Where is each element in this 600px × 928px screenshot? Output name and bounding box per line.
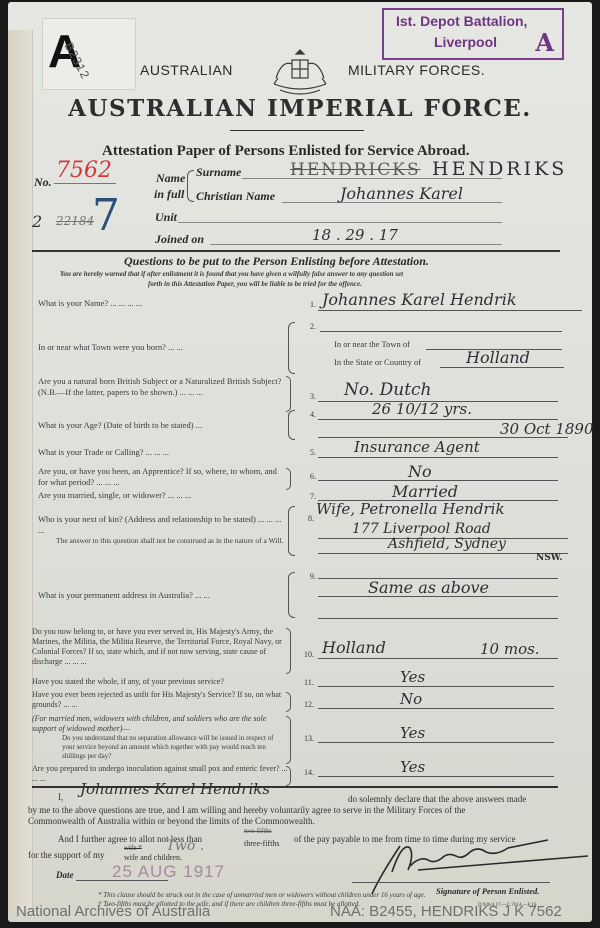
- date-label: Date: [56, 870, 74, 880]
- christian-name-value: Johannes Karel: [340, 184, 463, 203]
- joined-on-label: Joined on: [155, 232, 204, 247]
- unit-label: Unit: [155, 210, 177, 225]
- declaration-prefix: I,: [58, 792, 63, 803]
- answer-5-value: Insurance Agent: [354, 438, 480, 456]
- header-right-text: MILITARY FORCES.: [348, 62, 485, 78]
- answer-4-num: 4.: [310, 410, 316, 419]
- q8-brace: [288, 506, 295, 556]
- joined-on-line: [210, 244, 502, 245]
- declaration-line-3: Commonwealth of Australia within or beyo…: [28, 816, 315, 827]
- questions-title: Questions to be put to the Person Enlist…: [124, 254, 429, 269]
- margin-mark-new: 7: [92, 190, 120, 241]
- reference-watermark: NAA: B2455, HENDRIKS J K 7562: [330, 903, 562, 920]
- signature-label: Signature of Person Enlisted.: [436, 886, 539, 896]
- title-rule: [230, 130, 364, 131]
- answer-9-num: 9.: [310, 572, 316, 581]
- signature-line: [352, 882, 550, 883]
- answer-8-suburb: Ashfield, Sydney: [388, 536, 506, 552]
- q12-brace: [286, 692, 291, 712]
- answer-10-line: [318, 658, 558, 659]
- depot-stamp: Ist. Depot Battalion, Liverpool A: [382, 8, 564, 60]
- declarant-name: Johannes Karel Hendriks: [80, 780, 270, 798]
- answer-3-value: No. Dutch: [344, 380, 432, 400]
- declaration-line-2: by me to the above questions are true, a…: [28, 805, 558, 816]
- answer-10-value: Holland: [322, 638, 386, 657]
- answer-8c-line: [318, 553, 568, 554]
- answer-14-line: [318, 776, 554, 777]
- question-6: Are you, or have you been, an Apprentice…: [38, 466, 288, 488]
- q6-brace: [286, 468, 291, 490]
- coat-of-arms-icon: [266, 48, 334, 98]
- country-label: In the State or Country of: [334, 357, 421, 368]
- binding-strip: [8, 30, 33, 910]
- margin-mark-struck: 22184: [56, 214, 94, 228]
- joined-on-value: 18 . 29 . 17: [312, 226, 398, 244]
- question-11: Have you stated the whole, if any, of yo…: [32, 676, 288, 687]
- question-7: Are you married, single, or widower? ...…: [38, 490, 288, 501]
- header-left-text: AUSTRALIAN: [140, 62, 233, 78]
- answer-8-num: 8.: [308, 514, 314, 523]
- question-10: Do you now belong to, or have you ever s…: [32, 627, 288, 667]
- margin-mark-prefix: 2: [32, 212, 42, 231]
- answer-5-num: 5.: [310, 448, 316, 457]
- answer-12-num: 12.: [304, 700, 314, 709]
- stamp-line-2: Liverpool: [434, 34, 497, 50]
- answer-12-line: [318, 708, 554, 709]
- answer-11-line: [318, 686, 554, 687]
- support-text-a: for the support of my: [28, 850, 105, 861]
- question-8: Who is your next of kin? (Address and re…: [38, 514, 288, 536]
- country-line: [440, 367, 564, 368]
- page-subtitle: Attestation Paper of Persons Enlisted fo…: [102, 143, 469, 160]
- answer-10-num: 10.: [304, 650, 314, 659]
- answer-4-dob: 30 Oct 1890: [500, 420, 594, 438]
- archive-watermark: National Archives of Australia: [16, 903, 210, 920]
- regimental-number: 7562: [56, 158, 112, 183]
- name-label: Name: [156, 171, 185, 186]
- answer-2-num: 2.: [310, 322, 316, 331]
- answer-13-num: 13.: [304, 734, 314, 743]
- in-full-label: in full: [154, 187, 184, 202]
- answer-14-value: Yes: [400, 758, 425, 776]
- allot-fraction: three-fifths: [244, 838, 280, 849]
- answer-1-value: Johannes Karel Hendrik: [322, 290, 517, 309]
- answer-1-line: [318, 310, 582, 311]
- question-5: What is your Trade or Calling? ... ... .…: [38, 447, 288, 458]
- unit-line: [178, 222, 502, 223]
- warning-line-1: You are hereby warned that if after enli…: [60, 270, 403, 278]
- answer-13-value: Yes: [400, 724, 425, 742]
- answer-13-line: [318, 742, 554, 743]
- stamp-line-1: Ist. Depot Battalion,: [396, 13, 527, 29]
- answer-6-value: No: [408, 462, 432, 481]
- town-label: In or near the Town of: [334, 339, 410, 350]
- country-value: Holland: [466, 348, 530, 367]
- answer-11-num: 11.: [304, 678, 314, 687]
- allot-struck: two-fifths: [244, 826, 272, 837]
- answer-4-value: 26 10/12 yrs.: [372, 400, 472, 418]
- answer-3-num: 3.: [310, 392, 316, 401]
- question-2: In or near what Town were you born? ... …: [38, 342, 288, 353]
- surname-struck: HENDRICKS: [290, 160, 421, 180]
- section-divider: [32, 250, 560, 252]
- name-brace: [187, 170, 194, 202]
- answer-2-line: [320, 331, 562, 332]
- q3-brace: [286, 376, 291, 412]
- q10-brace: [286, 628, 291, 674]
- answer-6-num: 6.: [310, 472, 316, 481]
- question-9: What is your permanent address in Austra…: [38, 590, 288, 601]
- answer-14-num: 14.: [304, 768, 314, 777]
- answer-8-value: Wife, Petronella Hendrik: [316, 500, 505, 518]
- answer-8-address: 177 Liverpool Road: [352, 521, 491, 537]
- warning-line-2: forth in this Attestation Paper, you wil…: [148, 280, 362, 288]
- question-4: What is your Age? (Date of birth to be s…: [38, 420, 288, 431]
- answer-11-value: Yes: [400, 668, 425, 686]
- answer-12-value: No: [400, 690, 422, 708]
- page-title: AUSTRALIAN IMPERIAL FORCE.: [64, 95, 536, 122]
- question-8-note: The answer to this question shall not be…: [56, 536, 288, 545]
- answer-8-state: NSW.: [536, 553, 563, 563]
- answer-7-value: Married: [392, 482, 458, 501]
- answer-10-duration: 10 mos.: [480, 640, 540, 658]
- question-13: Do you understand that no separation all…: [62, 734, 288, 761]
- question-1: What is your Name? ... ... ... ...: [38, 298, 288, 309]
- answer-9-value: Same as above: [368, 578, 489, 597]
- question-13-condition: (For married men, widowers with children…: [32, 714, 288, 734]
- q14-brace: [286, 766, 291, 786]
- q9-brace: [288, 572, 295, 618]
- declaration-line-1: do solemnly declare that the above answe…: [348, 794, 526, 805]
- christian-name-label: Christian Name: [196, 189, 275, 204]
- q4-brace: [288, 410, 295, 440]
- q13-brace: [286, 716, 291, 764]
- surname-value: HENDRIKS: [432, 158, 567, 180]
- answer-6-line: [318, 480, 558, 481]
- question-12: Have you ever been rejected as unfit for…: [32, 690, 288, 710]
- no-label: No.: [34, 175, 52, 190]
- no-line: [54, 183, 116, 184]
- question-3: Are you a natural born British Subject o…: [38, 376, 288, 398]
- answer-9c-line: [318, 618, 558, 619]
- answer-1-num: 1.: [310, 300, 316, 309]
- stamp-letter: A: [535, 28, 554, 57]
- footnote-1: * This clause should be struck out in th…: [98, 891, 426, 899]
- q2-brace: [288, 322, 295, 374]
- surname-label: Surname: [196, 165, 241, 180]
- answer-5-line: [318, 457, 558, 458]
- date-stamp: 25 AUG 1917: [112, 862, 225, 882]
